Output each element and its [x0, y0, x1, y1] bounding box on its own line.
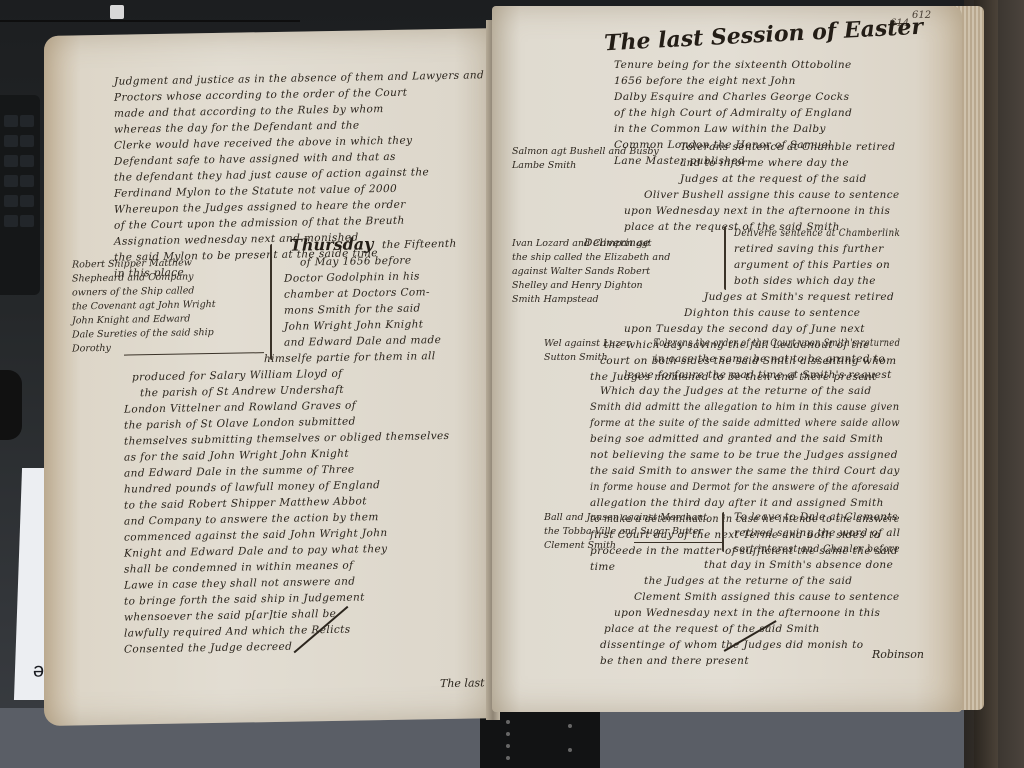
text-line: Tolerans sentence at Chamble retired	[680, 140, 895, 156]
margin-note: Smith Hampstead	[512, 292, 599, 307]
text-line: Dalby Esquire and Charles George Cocks	[614, 90, 849, 106]
text-line: retired saving the word of all	[734, 526, 900, 542]
text-line: in forme house and Dermot for the answer…	[590, 480, 900, 496]
text-line: sort interest and Chanler before	[734, 542, 900, 558]
left-margin-entry: Robert Shipper Matthew Shepheard and Com…	[44, 28, 500, 36]
text-line: and to informe where day the	[680, 156, 849, 172]
text-line: in the Common Law within the Dalby	[614, 122, 826, 138]
text-line: retired saving this further	[734, 242, 884, 258]
margin-note: Shelley and Henry Dighton	[512, 278, 643, 293]
text-line: place at the request of the said Smith	[604, 622, 820, 638]
brace	[270, 244, 272, 360]
date-line: John Wright John Knight	[284, 317, 423, 335]
text-line: leave forfaure the mad time at Smith's r…	[624, 368, 892, 384]
date-line: mons Smith for the said	[284, 301, 421, 319]
margin-note: Clement Smith	[544, 538, 616, 553]
text-line: To leave to Dale at Clements	[734, 510, 898, 526]
margin-note: Dorothy	[72, 341, 111, 357]
margin-note: Ball and Jansen against Marchant	[544, 510, 707, 525]
text-line: of the high Court of Admiralty of Englan…	[614, 106, 852, 122]
text-line: Tenure being for the sixteenth Ottobolin…	[614, 58, 852, 74]
text-line: Oliver Bushell assigne this cause to sen…	[644, 188, 900, 204]
text-line: Clement Smith assigned this cause to sen…	[634, 590, 899, 606]
text-line: Tolerans the order of the Court vpon Smi…	[654, 336, 900, 352]
text-line: Smith did admitt the allegation to him i…	[590, 400, 899, 416]
mouse	[0, 370, 22, 440]
margin-note: Lambe Smith	[512, 158, 576, 173]
text-line: in case the same be not to be granted to	[654, 352, 885, 368]
date-line: of May 1656 before	[300, 254, 411, 272]
margin-note: Sutton Smith	[544, 350, 608, 365]
text-line: Judges at the request of the said	[680, 172, 867, 188]
open-book: Judgment and justice as in the absence o…	[44, 0, 984, 730]
text-line: being soe admitted and granted and the s…	[590, 432, 884, 448]
margin-note: the ship called the Elizabeth and	[512, 250, 670, 265]
margin-note: the Tobba Ville and Sugar Butter	[544, 524, 703, 539]
text-line: be then and there present	[600, 654, 749, 670]
text-line: the Judges at the returne of the said	[644, 574, 852, 590]
date-line: the Fifteenth	[382, 237, 457, 254]
text-line: upon Wednesday next in the afternoone in…	[624, 204, 890, 220]
catchword: Robinson	[872, 648, 924, 661]
left-body-text: himselfe partie for them in all produced…	[44, 28, 500, 36]
left-page: Judgment and justice as in the absence o…	[44, 28, 500, 726]
margin-note: Salmon agt Bushell and Busby	[512, 144, 659, 159]
text-line: upon Wednesday next in the afternoone in…	[614, 606, 880, 622]
text-line: forme at the suite of the saide admitted…	[590, 416, 900, 432]
text-line: Consented the Judge decreed	[124, 640, 292, 659]
text-line: argument of this Parties on	[734, 258, 890, 274]
catchword: The last	[440, 676, 485, 690]
text-line: himselfe partie for them in all	[264, 349, 436, 368]
left-top-text: Judgment and justice as in the absence o…	[44, 28, 500, 36]
margin-rule	[634, 542, 724, 543]
text-line: both sides which day the	[734, 274, 876, 290]
margin-note: Ivan Lozard and Compan agt	[512, 236, 652, 251]
text-line: Which day the Judges at the returne of t…	[600, 384, 872, 400]
brace	[722, 512, 724, 552]
text-line: Dighton this cause to sentence	[684, 306, 860, 322]
day-heading: Thursday	[290, 234, 373, 254]
margin-note: Dale Sureties of the said ship	[72, 325, 214, 342]
text-line: Judges at Smith's request retired	[704, 290, 894, 306]
date-line: Doctor Godolphin in his	[284, 269, 420, 287]
brace	[724, 226, 726, 290]
text-line: the said Smith to answer the same the th…	[590, 464, 900, 480]
margin-note: Wel against Luzer	[544, 336, 631, 351]
text-line: that day in Smith's absence done	[704, 558, 893, 574]
text-line: 1656 before the eight next John	[614, 74, 796, 90]
text-line: Deliverie sentence at Chamberlink	[734, 226, 900, 242]
margin-rule	[124, 352, 264, 355]
text-line: not believing the same to be true the Ju…	[590, 448, 898, 464]
keyboard	[0, 95, 40, 295]
margin-note: against Walter Sands Robert	[512, 264, 650, 279]
text-line: time	[590, 560, 615, 576]
